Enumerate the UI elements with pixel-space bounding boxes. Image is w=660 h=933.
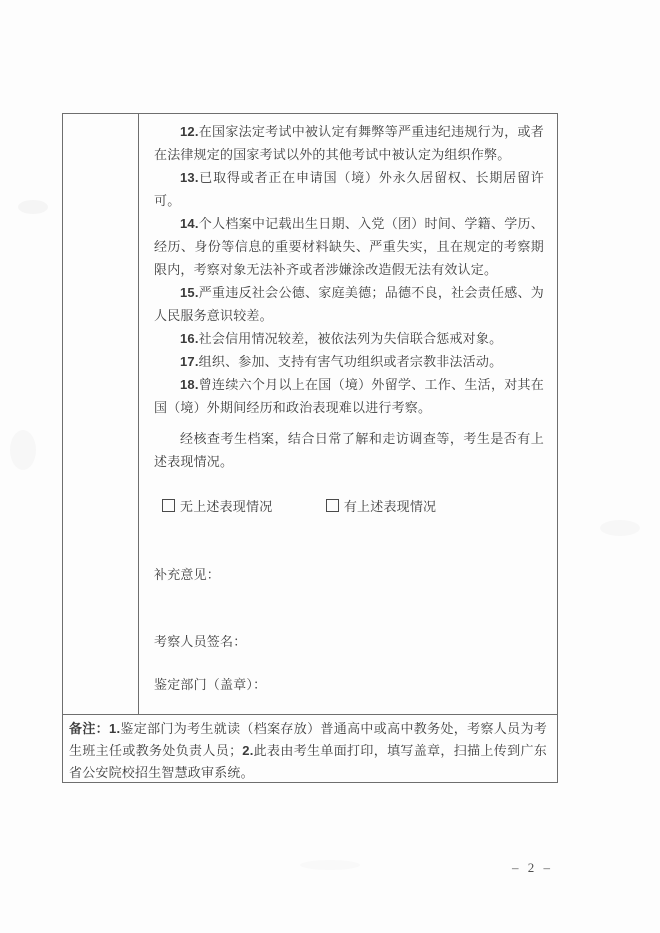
conditions-cell: 12.在国家法定考试中被认定有舞弊等严重违纪违规行为，或者在法律规定的国家考试以… [140, 114, 557, 714]
row-header-cell [63, 114, 139, 714]
checkbox-icon [326, 499, 339, 512]
inspector-signature-label: 考察人员签名： [154, 630, 544, 653]
item-number: 18. [180, 377, 199, 392]
summary-paragraph: 经核查考生档案，结合日常了解和走访调查等，考生是否有上述表现情况。 [154, 427, 544, 473]
scan-noise [300, 860, 360, 870]
checkbox-label: 有上述表现情况 [344, 499, 436, 514]
list-item-17: 17.组织、参加、支持有害气功组织或者宗教非法活动。 [154, 350, 544, 373]
form-table: 12.在国家法定考试中被认定有舞弊等严重违纪违规行为，或者在法律规定的国家考试以… [62, 113, 558, 783]
item-text: 个人档案中记载出生日期、入党（团）时间、学籍、学历、经历、身份等信息的重要材料缺… [154, 216, 544, 277]
checkbox-icon [162, 499, 175, 512]
list-item-12: 12.在国家法定考试中被认定有舞弊等严重违纪违规行为，或者在法律规定的国家考试以… [154, 120, 544, 166]
list-item-18: 18.曾连续六个月以上在国（境）外留学、工作、生活，对其在国（境）外期间经历和政… [154, 373, 544, 419]
item-text: 严重违反社会公德、家庭美德；品德不良，社会责任感、为人民服务意识较差。 [154, 285, 544, 323]
checkbox-row: 无上述表现情况 有上述表现情况 [154, 495, 544, 518]
supplement-opinion-label: 补充意见： [154, 563, 544, 586]
item-text: 组织、参加、支持有害气功组织或者宗教非法活动。 [199, 354, 503, 369]
scan-noise [18, 200, 48, 214]
item-number: 14. [180, 216, 199, 231]
scan-noise [10, 430, 36, 470]
checkbox-label: 无上述表现情况 [180, 499, 272, 514]
item-number: 17. [180, 354, 199, 369]
notes-cell: 备注：1.鉴定部门为考生就读（档案存放）普通高中或高中教务处，考察人员为考生班主… [63, 714, 557, 782]
scanned-form-page: 12.在国家法定考试中被认定有舞弊等严重违纪违规行为，或者在法律规定的国家考试以… [0, 0, 660, 933]
checkbox-option-none: 无上述表现情况 [162, 495, 272, 518]
item-number: 12. [180, 124, 199, 139]
page-number: – 2 – [512, 860, 553, 876]
note-number: 2. [242, 743, 253, 758]
note-number: 1. [109, 721, 120, 736]
item-text: 社会信用情况较差，被依法列为失信联合惩戒对象。 [199, 331, 503, 346]
item-text: 在国家法定考试中被认定有舞弊等严重违纪违规行为，或者在法律规定的国家考试以外的其… [154, 124, 544, 162]
scan-noise [600, 520, 640, 536]
item-number: 15. [180, 285, 199, 300]
list-item-14: 14.个人档案中记载出生日期、入党（团）时间、学籍、学历、经历、身份等信息的重要… [154, 212, 544, 281]
department-seal-label: 鉴定部门（盖章）： [154, 673, 544, 696]
checkbox-option-has: 有上述表现情况 [326, 495, 436, 518]
item-number: 13. [180, 170, 199, 185]
list-item-13: 13.已取得或者正在申请国（境）外永久居留权、长期居留许可。 [154, 166, 544, 212]
notes-label: 备注： [69, 721, 109, 736]
list-item-15: 15.严重违反社会公德、家庭美德；品德不良，社会责任感、为人民服务意识较差。 [154, 281, 544, 327]
list-item-16: 16.社会信用情况较差，被依法列为失信联合惩戒对象。 [154, 327, 544, 350]
item-text: 已取得或者正在申请国（境）外永久居留权、长期居留许可。 [154, 170, 544, 208]
item-text: 曾连续六个月以上在国（境）外留学、工作、生活，对其在国（境）外期间经历和政治表现… [154, 377, 544, 415]
item-number: 16. [180, 331, 199, 346]
